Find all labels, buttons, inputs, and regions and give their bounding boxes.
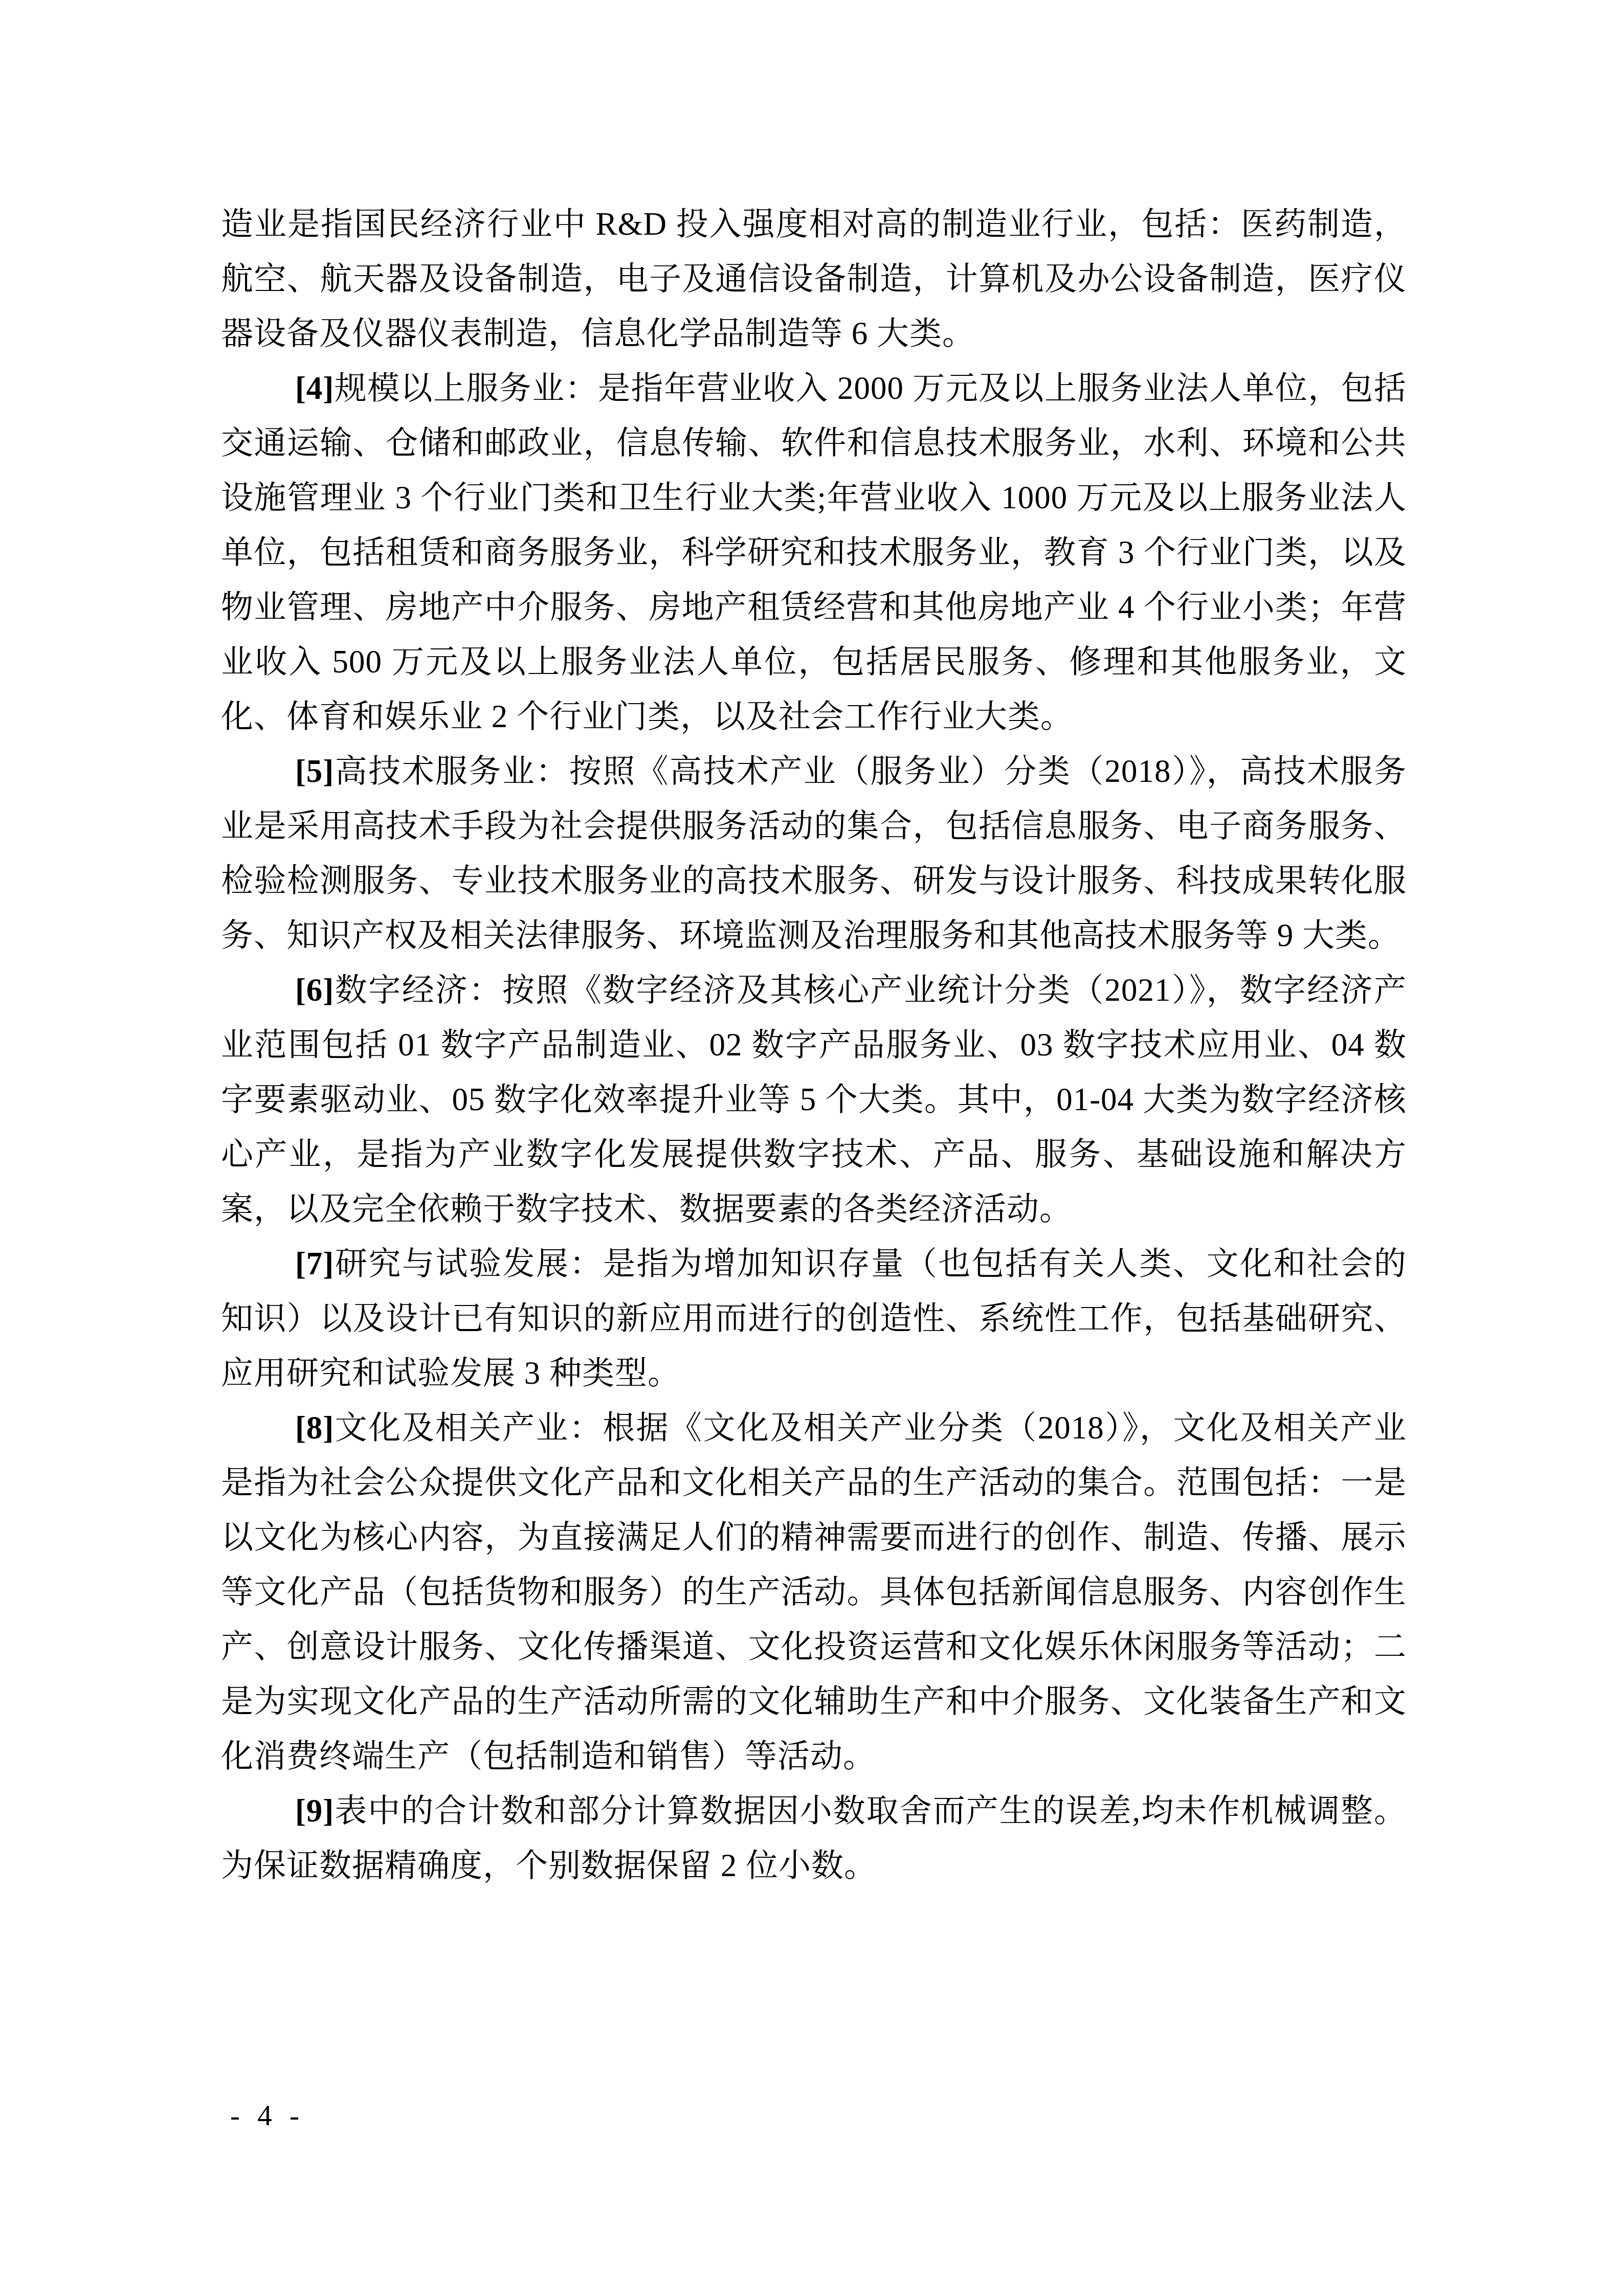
footnote-marker: [9] — [295, 1793, 334, 1829]
footnote-marker: [6] — [295, 972, 334, 1008]
footnote-text: 高技术服务业：按照《高技术产业（服务业）分类（2018）》，高技术服务业是采用高… — [221, 753, 1407, 953]
footnote-paragraph-7: [7]研究与试验发展：是指为增加知识存量（也包括有关人类、文化和社会的知识）以及… — [221, 1236, 1407, 1401]
footnote-marker: [5] — [295, 753, 334, 789]
continued-paragraph: 造业是指国民经济行业中 R&D 投入强度相对高的制造业行业，包括：医药制造，航空… — [221, 197, 1407, 361]
footnote-paragraph-6: [6]数字经济：按照《数字经济及其核心产业统计分类（2021）》，数字经济产业范… — [221, 963, 1407, 1236]
footnote-text: 规模以上服务业：是指年营业收入 2000 万元及以上服务业法人单位，包括交通运输… — [221, 370, 1407, 734]
footnote-marker: [4] — [295, 370, 334, 406]
footnote-text: 研究与试验发展：是指为增加知识存量（也包括有关人类、文化和社会的知识）以及设计已… — [221, 1246, 1407, 1391]
page-number: - 4 - — [230, 2096, 304, 2136]
footnote-text: 数字经济：按照《数字经济及其核心产业统计分类（2021）》，数字经济产业范围包括… — [221, 972, 1407, 1227]
document-page: 造业是指国民经济行业中 R&D 投入强度相对高的制造业行业，包括：医药制造，航空… — [0, 0, 1624, 2296]
footnote-text: 文化及相关产业：根据《文化及相关产业分类（2018）》，文化及相关产业是指为社会… — [221, 1410, 1407, 1774]
footnote-text: 造业是指国民经济行业中 R&D 投入强度相对高的制造业行业，包括：医药制造，航空… — [221, 206, 1407, 351]
footnote-marker: [8] — [295, 1410, 334, 1446]
footnote-paragraph-5: [5]高技术服务业：按照《高技术产业（服务业）分类（2018）》，高技术服务业是… — [221, 744, 1407, 963]
footnote-marker: [7] — [295, 1246, 334, 1281]
footnote-paragraph-4: [4]规模以上服务业：是指年营业收入 2000 万元及以上服务业法人单位，包括交… — [221, 361, 1407, 744]
footnote-paragraph-9: [9]表中的合计数和部分计算数据因小数取舍而产生的误差,均未作机械调整。为保证数… — [221, 1784, 1407, 1893]
footnotes-section: 造业是指国民经济行业中 R&D 投入强度相对高的制造业行业，包括：医药制造，航空… — [221, 197, 1407, 1893]
footnote-paragraph-8: [8]文化及相关产业：根据《文化及相关产业分类（2018）》，文化及相关产业是指… — [221, 1401, 1407, 1784]
footnote-text: 表中的合计数和部分计算数据因小数取舍而产生的误差,均未作机械调整。为保证数据精确… — [221, 1793, 1407, 1883]
